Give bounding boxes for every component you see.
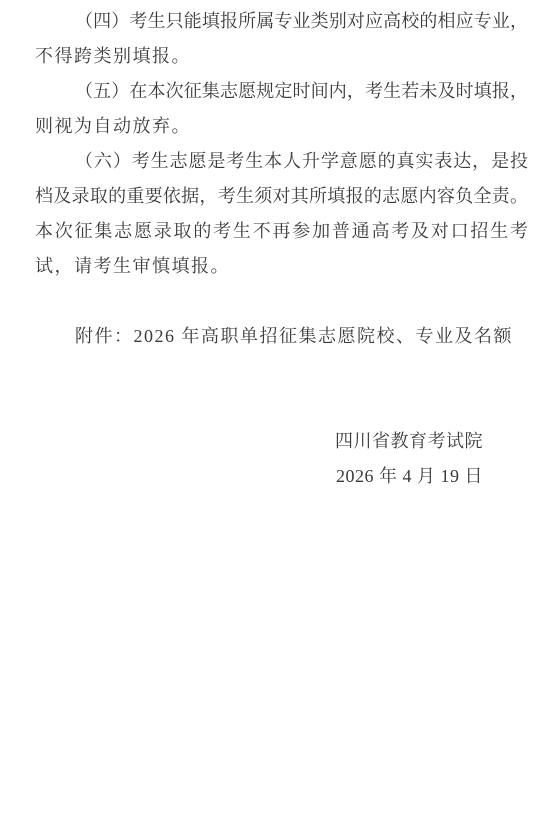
body-line: （四）考生只能填报所属专业类别对应高校的相应专业， <box>35 4 528 39</box>
body-line: （五）在本次征集志愿规定时间内，考生若未及时填报， <box>35 74 528 109</box>
body-line: 不得跨类别填报。 <box>35 39 528 74</box>
document-page: （四）考生只能填报所属专业类别对应高校的相应专业，不得跨类别填报。（五）在本次征… <box>0 0 553 813</box>
body-line: 档及录取的重要依据，考生须对其所填报的志愿内容负全责。 <box>35 179 528 214</box>
issue-date: 2026 年 4 月 19 日 <box>35 459 483 494</box>
body-line: （六）考生志愿是考生本人升学意愿的真实表达，是投 <box>35 144 528 179</box>
notice-body: （四）考生只能填报所属专业类别对应高校的相应专业，不得跨类别填报。（五）在本次征… <box>35 4 528 284</box>
attachment-line: 附件：2026 年高职单招征集志愿院校、专业及名额 <box>35 319 528 354</box>
body-line: 试，请考生审慎填报。 <box>35 249 528 284</box>
body-line: 本次征集志愿录取的考生不再参加普通高考及对口招生考 <box>35 214 528 249</box>
body-line: 则视为自动放弃。 <box>35 109 528 144</box>
signature-block: 四川省教育考试院 2026 年 4 月 19 日 <box>35 424 528 494</box>
issuer-name: 四川省教育考试院 <box>35 424 483 459</box>
